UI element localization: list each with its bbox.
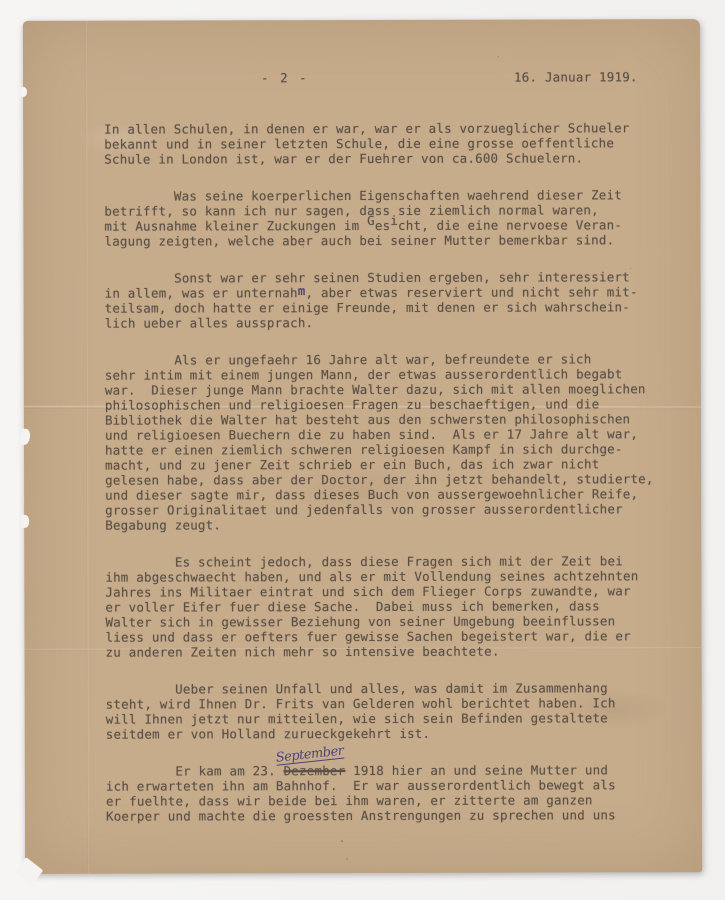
- letter-content: - 2 - 16. Januar 1919. In allen Schulen,…: [23, 19, 702, 874]
- text-line: war. Dieser junge Mann brachte Walter da…: [105, 381, 673, 397]
- text-line: er voller Eifer fuer diese Sache. Dabei …: [105, 598, 673, 614]
- date: 16. Januar 1919.: [514, 69, 638, 84]
- handwritten-correction: September: [275, 746, 344, 766]
- text-line: bekannt und in seiner letzten Schule, di…: [104, 135, 672, 151]
- text-segment: Walter sich in gewisser Beziehung von se…: [105, 613, 615, 629]
- text-segment: bekannt und in seiner letzten Schule, di…: [104, 135, 614, 151]
- text-line: Sonst war er sehr seinen Studien ergeben…: [105, 269, 673, 285]
- paragraph: Sonst war er sehr seinen Studien ergeben…: [105, 269, 673, 330]
- text-segment: Jahres ins Militaer eintrat und sich dem…: [105, 583, 630, 599]
- text-segment: cht, die eine nervoese Veran-: [398, 217, 622, 233]
- paragraph: Es scheint jedoch, dass diese Fragen sic…: [105, 553, 673, 659]
- text-segment: Als er ungefaehr 16 Jahre alt war, befre…: [105, 351, 592, 367]
- text-line: lich ueber alles aussprach.: [105, 314, 673, 330]
- text-segment: betrifft, so kann ich nur sagen, dass si…: [104, 202, 598, 218]
- text-segment: grosser Originalitaet und jedenfalls von…: [105, 501, 623, 517]
- paragraph: Was seine koerperlichen Eigenschaften wa…: [104, 187, 672, 248]
- text-segment: 1918 hier an und seine Mutter und: [345, 762, 608, 778]
- page-number: - 2 -: [261, 70, 309, 85]
- text-segment: zu anderen Zeiten nich mehr so intensive…: [106, 644, 500, 660]
- text-segment: in allem, was er unternah: [105, 285, 298, 301]
- text-line: Begabung zeugt.: [105, 516, 673, 532]
- text-segment: Begabung zeugt.: [105, 517, 221, 532]
- text-segment: Ueber seinen Unfall und alles, was damit…: [106, 680, 608, 696]
- text-line: seitdem er von Holland zurueckgekehrt is…: [106, 725, 674, 741]
- text-line: sehr intim mit einem jungen Mann, der et…: [105, 366, 673, 382]
- text-line: Ueber seinen Unfall und alles, was damit…: [106, 680, 674, 696]
- letter-page: - 2 - 16. Januar 1919. In allen Schulen,…: [23, 19, 702, 874]
- text-segment: gelesen habe, dass aber der Doctor, der …: [105, 471, 654, 487]
- text-segment: lich ueber alles aussprach.: [105, 315, 314, 331]
- text-segment: war. Dieser junge Mann brachte Walter da…: [105, 381, 646, 397]
- text-line: lagung zeigten, welche aber auch bei sei…: [104, 232, 672, 248]
- paragraph: Er kam am 23. DezemberSeptember 1918 hie…: [106, 762, 674, 823]
- text-line: Schule in London ist, war er der Fuehrer…: [104, 150, 672, 166]
- text-segment: sehr intim mit einem jungen Mann, der et…: [105, 366, 623, 382]
- text-line: philosophischen und religioesen Fragen z…: [105, 396, 673, 412]
- text-segment: lagung zeigten, welche aber auch bei sei…: [104, 232, 614, 248]
- text-segment: seitdem er von Holland zurueckgekehrt is…: [106, 726, 431, 742]
- text-line: zu anderen Zeiten nich mehr so intensive…: [106, 643, 674, 659]
- text-line: und religioesen Buechern die zu haben si…: [105, 426, 673, 442]
- text-line: Als er ungefaehr 16 Jahre alt war, befre…: [105, 351, 673, 367]
- text-segment: ihm abgeschwaecht haben, und als er mit …: [105, 568, 638, 584]
- raised-typewriter-char: i: [390, 213, 398, 228]
- ink-correction: m: [298, 283, 306, 298]
- text-segment: philosophischen und religioesen Fragen z…: [105, 396, 599, 412]
- scan-background: - 2 - 16. Januar 1919. In allen Schulen,…: [0, 0, 725, 900]
- text-segment: er voller Eifer fuer diese Sache. Dabei …: [105, 598, 599, 614]
- text-segment: Was seine koerperlichen Eigenschaften wa…: [104, 187, 622, 203]
- struck-word: DezemberSeptember: [284, 763, 346, 778]
- text-line: er fuelhte, dass wir beide bei ihm waren…: [106, 792, 674, 808]
- text-segment: In allen Schulen, in denen er war, war e…: [104, 120, 629, 136]
- paper-tear: [20, 87, 27, 97]
- text-line: liess und dass er oefters fuer gewisse S…: [105, 628, 673, 644]
- letter-body: In allen Schulen, in denen er war, war e…: [104, 120, 674, 823]
- text-line: Es scheint jedoch, dass diese Fragen sic…: [105, 553, 673, 569]
- text-segment: teilsam, doch hatte er einige Freunde, m…: [105, 299, 630, 315]
- text-segment: mit Ausnahme kleiner Zuckungen im: [104, 218, 367, 234]
- paragraph: In allen Schulen, in denen er war, war e…: [104, 120, 672, 166]
- text-segment: Sonst war er sehr seinen Studien ergeben…: [105, 269, 630, 285]
- text-segment: es: [375, 218, 390, 233]
- paragraph: Als er ungefaehr 16 Jahre alt war, befre…: [105, 351, 673, 532]
- text-line: mit Ausnahme kleiner Zuckungen im Gesich…: [104, 217, 672, 233]
- text-line: teilsam, doch hatte er einige Freunde, m…: [105, 299, 673, 315]
- text-line: Walter sich in gewisser Beziehung von se…: [105, 613, 673, 629]
- text-line: Koerper und machte die groessten Anstren…: [106, 807, 674, 823]
- letter-header: - 2 - 16. Januar 1919.: [104, 69, 672, 85]
- text-line: will Ihnen jetzt nur mitteilen, wie sich…: [106, 710, 674, 726]
- text-segment: will Ihnen jetzt nur mitteilen, wie sich…: [106, 710, 608, 726]
- text-segment: Er kam am 23.: [106, 763, 284, 778]
- text-segment: er fuelhte, dass wir beide bei ihm waren…: [106, 792, 593, 808]
- text-line: Bibliothek die Walter hat besteht aus de…: [105, 411, 673, 427]
- text-line: und dieser sagte mir, dass dieses Buch v…: [105, 486, 673, 502]
- text-segment: steht, wird Ihnen Dr. Frits van Gelderen…: [106, 695, 616, 711]
- text-segment: liess und dass er oefters fuer gewisse S…: [105, 628, 630, 644]
- text-segment: , aber etwas reserviert und nicht sehr m…: [305, 284, 637, 300]
- paragraph: Ueber seinen Unfall und alles, was damit…: [106, 680, 674, 741]
- text-segment: hatte er einen ziemlich schweren religio…: [105, 441, 623, 457]
- text-segment: macht, und zu jener Zeit schrieb er ein …: [105, 456, 599, 472]
- text-line: Jahres ins Militaer eintrat und sich dem…: [105, 583, 673, 599]
- text-line: hatte er einen ziemlich schweren religio…: [105, 441, 673, 457]
- text-segment: Es scheint jedoch, dass diese Fragen sic…: [105, 553, 623, 569]
- text-segment: Bibliothek die Walter hat besteht aus de…: [105, 411, 630, 427]
- text-line: grosser Originalitaet und jedenfalls von…: [105, 501, 673, 517]
- text-segment: Schule in London ist, war er der Fuehrer…: [104, 150, 583, 166]
- text-line: betrifft, so kann ich nur sagen, dass si…: [104, 202, 672, 218]
- text-line: ihm abgeschwaecht haben, und als er mit …: [105, 568, 673, 584]
- text-segment: und religioesen Buechern die zu haben si…: [105, 426, 638, 442]
- text-line: gelesen habe, dass aber der Doctor, der …: [105, 471, 673, 487]
- text-segment: ich erwarteten ihn am Bahnhof. Er war au…: [106, 777, 616, 793]
- text-segment: und dieser sagte mir, dass dieses Buch v…: [105, 486, 638, 502]
- text-line: Was seine koerperlichen Eigenschaften wa…: [104, 187, 672, 203]
- text-segment: Koerper und machte die groessten Anstren…: [106, 807, 616, 823]
- text-line: Er kam am 23. DezemberSeptember 1918 hie…: [106, 762, 674, 778]
- text-line: ich erwarteten ihn am Bahnhof. Er war au…: [106, 777, 674, 793]
- text-line: In allen Schulen, in denen er war, war e…: [104, 120, 672, 136]
- raised-typewriter-char: G: [367, 213, 375, 228]
- text-line: macht, und zu jener Zeit schrieb er ein …: [105, 456, 673, 472]
- text-line: in allem, was er unternahm, aber etwas r…: [105, 284, 673, 300]
- text-line: steht, wird Ihnen Dr. Frits van Gelderen…: [106, 695, 674, 711]
- paper-tear: [21, 515, 29, 528]
